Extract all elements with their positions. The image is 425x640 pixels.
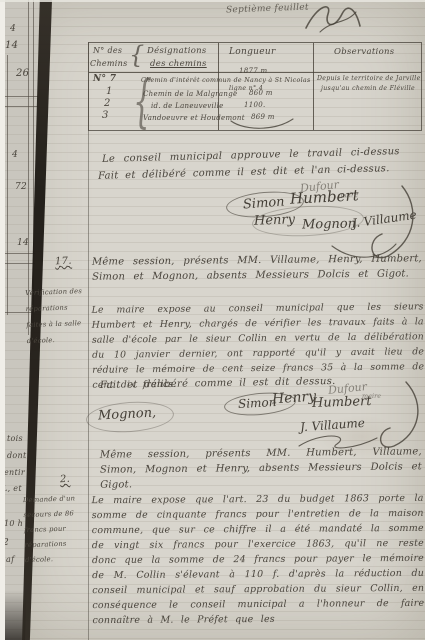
deliberation-2-intro: Même session, présents MM. Villaume, Hen…	[92, 251, 422, 284]
deliberation-3-body: Le maire expose que l'art. 23 du budget …	[92, 491, 425, 628]
table-row-longueur: 1877 m	[239, 67, 267, 75]
register-page-scan: 4 14 26 4 72 14 tois dont entir L, et 10…	[0, 0, 425, 640]
table-row-observation: Depuis le territoire de Jarville	[317, 75, 421, 82]
prev-table-line	[7, 55, 8, 315]
signature: Humbert	[290, 186, 360, 208]
margin-item-number: 2.	[60, 474, 71, 486]
table-row-designation: Chemin d'intérêt commun de Nancy à St Ni…	[141, 77, 310, 84]
edge-text-fragment: 10 h	[4, 519, 23, 528]
signature: Humbert	[312, 394, 372, 411]
margin-item-number: 17.	[55, 256, 72, 268]
table-row-longueur: 1100.	[244, 101, 266, 109]
table-column-divider	[313, 43, 314, 130]
edge-number: 72	[15, 182, 27, 192]
prev-table-line	[0, 106, 38, 107]
edge-number: 4	[10, 24, 16, 34]
edge-number: 4	[12, 150, 18, 160]
table-row-number: 1	[106, 86, 113, 97]
edge-number: 26	[16, 68, 29, 79]
edge-text-fragment: af	[6, 555, 14, 564]
edge-number: 14	[5, 40, 18, 51]
signature: Mognon	[302, 217, 356, 233]
prev-table-line	[0, 263, 36, 264]
column-header-designations: des chemins	[150, 59, 207, 69]
table-row-number: N° 7	[93, 74, 116, 84]
column-header-chemins: N° des	[93, 46, 122, 55]
signature: Mognon,	[98, 405, 157, 423]
paraph-flourish-icon	[298, 0, 368, 36]
signature: Henry	[254, 212, 295, 228]
edge-text-fragment: entir	[4, 468, 25, 477]
roads-table: N° des Chemins { Désignations des chemin…	[88, 42, 422, 131]
margin-note: Demande d'un secours de 86 francs pour r…	[23, 491, 92, 568]
table-row-longueur: 860 m	[249, 89, 273, 97]
table-row-number: 3	[102, 110, 109, 121]
signature: Henry	[271, 388, 316, 407]
deliberation-3-intro: Même session, présents MM. Humbert, Vill…	[100, 444, 422, 492]
header-brace-glyph: {	[129, 41, 145, 69]
signature: Simon	[238, 395, 277, 411]
scan-edge	[0, 0, 5, 640]
column-header-chemins: Chemins	[90, 59, 128, 68]
edge-number: 14	[17, 238, 29, 248]
table-flourish-icon	[227, 117, 299, 131]
prev-table-line	[0, 253, 36, 254]
column-header-longueur: Longueur	[229, 47, 276, 57]
column-header-designations: Désignations	[147, 46, 207, 56]
edge-text-fragment: tois	[7, 434, 23, 443]
table-row-number: 2	[104, 98, 111, 109]
margin-note: Vérification des réparations faites à la…	[25, 283, 89, 349]
table-row-designation: id. de Laneuveville	[151, 102, 224, 110]
table-row-observation: jusqu'au chemin de Fléville	[321, 85, 415, 92]
prev-table-line	[0, 96, 38, 97]
edge-text-fragment: dont	[7, 451, 27, 460]
column-header-observations: Observations	[334, 47, 394, 57]
table-row-designation: Chemin de la Malgrange	[143, 90, 237, 98]
